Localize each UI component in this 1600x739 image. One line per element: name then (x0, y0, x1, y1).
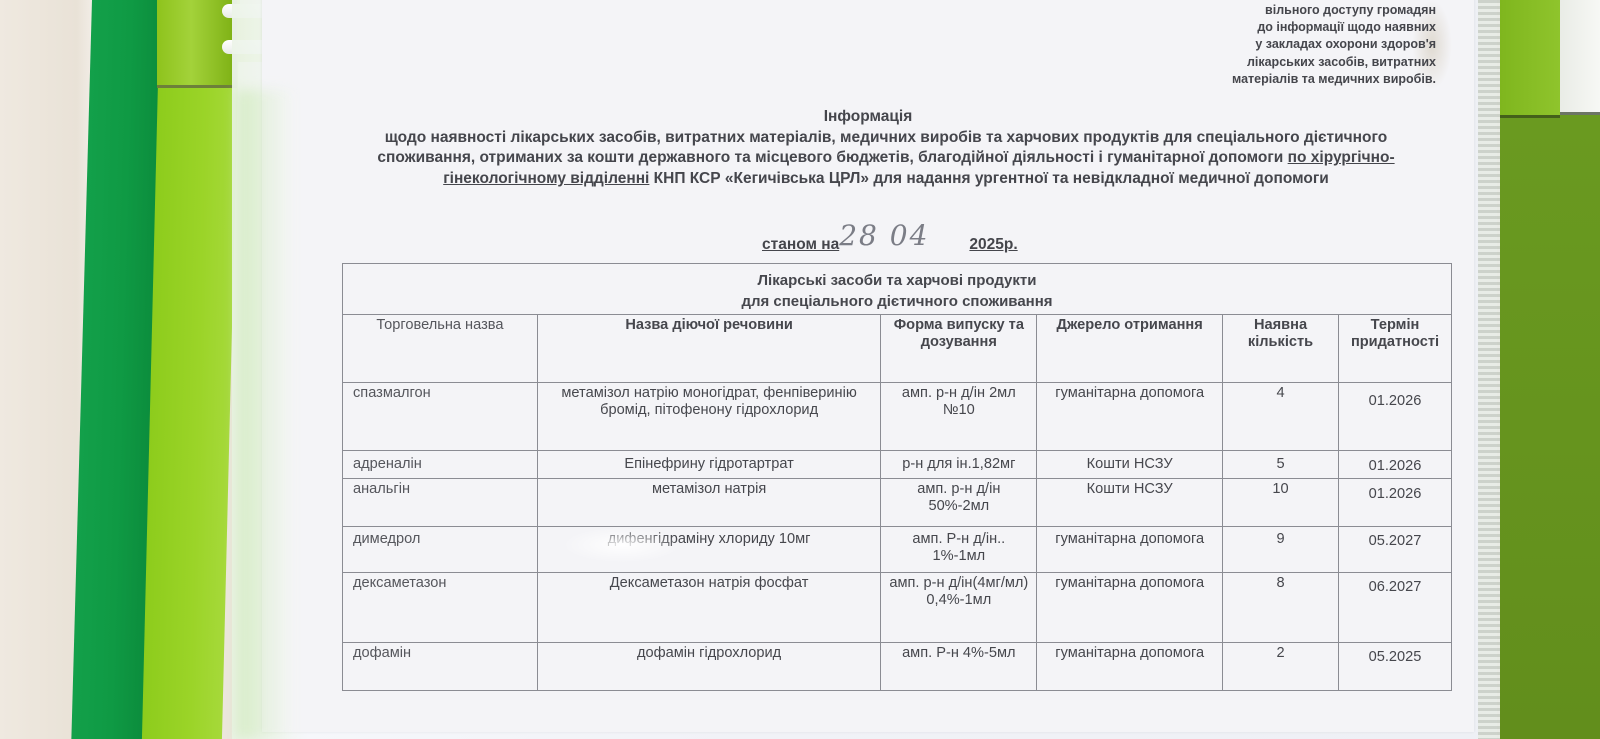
notice-line: матеріалів та медичних виробів. (1076, 71, 1436, 88)
source-cell: Кошти НСЗУ (1037, 451, 1223, 479)
form-cell: р-н для ін.1,82мг (881, 451, 1037, 479)
substance-cell: дофамін гідрохлорид (537, 643, 881, 691)
table-row: димедрол дифенгідраміну хлориду 10мг амп… (343, 527, 1452, 573)
date-year: 2025р. (969, 236, 1017, 253)
trade-name-cell: анальгін (343, 479, 538, 527)
expiry-cell: 05.2025 (1338, 643, 1451, 691)
handwritten-date: 28 04 (839, 219, 929, 252)
substance-cell: метамізол натрію моногідрат, фенпіверині… (537, 383, 881, 451)
quantity-cell: 4 (1223, 383, 1339, 451)
expiry-cell: 05.2027 (1338, 527, 1451, 573)
trade-name-cell: дофамін (343, 643, 538, 691)
column-header-expiry: Термін придатності (1338, 315, 1451, 383)
form-cell: амп. р-н д/ін 2мл №10 (881, 383, 1037, 451)
form-cell: амп. Р-н д/ін.. 1%-1мл (881, 527, 1037, 573)
table-row: дексаметазон Дексаметазон натрія фосфат … (343, 573, 1452, 643)
table-caption: Лікарські засоби та харчові продукти для… (343, 264, 1452, 315)
column-header-active-substance: Назва діючої речовини (537, 315, 881, 383)
column-header-source: Джерело отримання (1037, 315, 1223, 383)
expiry-cell: 01.2026 (1338, 451, 1451, 479)
table-row: анальгін метамізол натрія амп. р-н д/ін … (343, 479, 1452, 527)
stand-lime-green-stripe (142, 0, 240, 739)
quantity-cell: 9 (1223, 527, 1339, 573)
sleeve-right-edge (1478, 0, 1500, 739)
description-text: щодо наявності лікарських засобів, витра… (377, 129, 1387, 166)
source-cell: Кошти НСЗУ (1037, 479, 1223, 527)
source-cell: гуманітарна допомога (1037, 383, 1223, 451)
notice-line: вільного доступу громадян (1076, 2, 1436, 19)
expiry-cell: 01.2026 (1338, 383, 1451, 451)
quantity-cell: 8 (1223, 573, 1339, 643)
substance-cell: метамізол натрія (537, 479, 881, 527)
form-cell: амп. р-н д/ін 50%-2мл (881, 479, 1037, 527)
table-row: дофамін дофамін гідрохлорид амп. Р-н 4%-… (343, 643, 1452, 691)
table-caption-line: Лікарські засоби та харчові продукти (347, 270, 1447, 291)
column-header-form-dosage: Форма випуску та дозування (881, 315, 1037, 383)
table-row: адреналін Епінефрину гідротартрат р-н дл… (343, 451, 1452, 479)
as-of-date: станом на28 042025р. (762, 223, 1018, 256)
information-sheet: вільного доступу громадян до інформації … (262, 0, 1474, 732)
notice-heading: вільного доступу громадян до інформації … (1076, 2, 1436, 88)
medicines-table: Лікарські засоби та харчові продукти для… (342, 263, 1452, 691)
form-cell: амп. Р-н 4%-5мл (881, 643, 1037, 691)
notice-line: лікарських засобів, витратних (1076, 54, 1436, 71)
trade-name-cell: димедрол (343, 527, 538, 573)
document-title: Інформація (262, 108, 1474, 126)
stand-right-top-block (1500, 0, 1560, 118)
table-row: спазмалгон метамізол натрію моногідрат, … (343, 383, 1452, 451)
substance-cell: дифенгідраміну хлориду 10мг (537, 527, 881, 573)
notice-line: до інформації щодо наявних (1076, 19, 1436, 36)
description-text-end: КНП КСР «Кегичівська ЦРЛ» для надання ур… (649, 170, 1328, 187)
quantity-cell: 10 (1223, 479, 1339, 527)
source-cell: гуманітарна допомога (1037, 573, 1223, 643)
source-cell: гуманітарна допомога (1037, 643, 1223, 691)
quantity-cell: 2 (1223, 643, 1339, 691)
column-header-trade-name: Торговельна назва (343, 315, 538, 383)
column-header-quantity: Наявна кількість (1223, 315, 1339, 383)
substance-cell: Епінефрину гідротартрат (537, 451, 881, 479)
sleeve-reflection (236, 90, 296, 739)
source-cell: гуманітарна допомога (1037, 527, 1223, 573)
date-prefix: станом на (762, 236, 839, 253)
trade-name-cell: дексаметазон (343, 573, 538, 643)
expiry-cell: 06.2027 (1338, 573, 1451, 643)
trade-name-cell: адреналін (343, 451, 538, 479)
document-description: щодо наявності лікарських засобів, витра… (338, 128, 1434, 189)
table-caption-line: для спеціального дієтичного споживання (347, 291, 1447, 312)
trade-name-cell: спазмалгон (343, 383, 538, 451)
notice-line: у закладах охорони здоров'я (1076, 36, 1436, 53)
substance-cell: Дексаметазон натрія фосфат (537, 573, 881, 643)
form-cell: амп. р-н д/ін(4мг/мл) 0,4%-1мл (881, 573, 1037, 643)
quantity-cell: 5 (1223, 451, 1339, 479)
table-header-row: Торговельна назва Назва діючої речовини … (343, 315, 1452, 383)
expiry-cell: 01.2026 (1338, 479, 1451, 527)
stand-right-white-block (1560, 0, 1600, 115)
